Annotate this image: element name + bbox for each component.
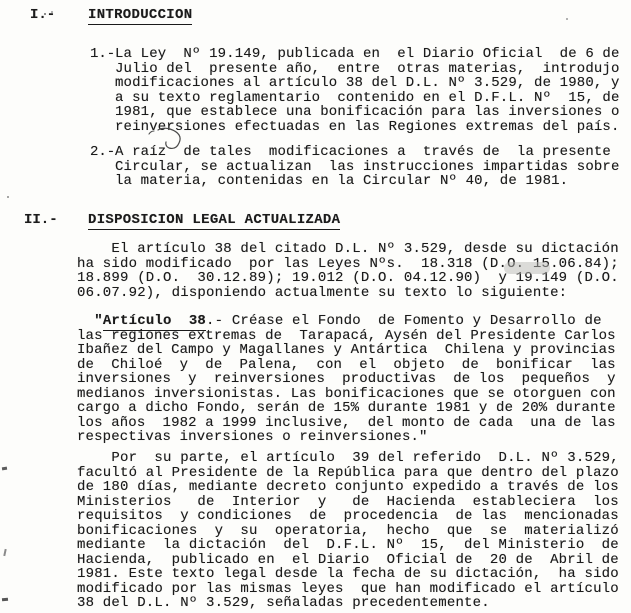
list-item-1-text: La Ley Nº 19.149, publicada en el Diario…: [115, 47, 620, 134]
text-line: 38 del D.L. Nº 3.529, señaladas preceden…: [77, 596, 631, 611]
text-line: respectivas inversiones o reinversiones.…: [77, 430, 631, 445]
text-line: La Ley Nº 19.149, publicada en el Diario…: [115, 47, 620, 62]
text-line: ha sido modificado por las Leyes Nºs. 18…: [77, 257, 631, 272]
text-line: 06.07.92), disponiendo actualmente su te…: [77, 286, 631, 301]
text-line: facultó al Presidente de la República pa…: [77, 466, 631, 481]
text-line: bonificaciones y su operatoria, hecho qu…: [77, 524, 631, 539]
text-line: los años 1982 a 1999 inclusive, del mont…: [77, 416, 631, 431]
quote-body: las regiones extremas de Tarapacá, Aysén…: [77, 329, 631, 445]
paragraph-2: Por su parte, el artículo 39 del referid…: [77, 451, 631, 611]
list-item-2: 2.- A raíz de tales modificaciones a tra…: [90, 145, 631, 189]
text-line: medianos inversionistas. Las bonificacio…: [77, 387, 631, 402]
text-line: las regiones extremas de Tarapacá, Aysén…: [77, 329, 631, 344]
text-line: mediante la dictación del D.F.L. Nº 15, …: [77, 538, 631, 553]
text-line: a su texto reglamentario contenido en el…: [115, 91, 620, 106]
scan-artifact-edge-mark: [2, 598, 8, 602]
quote-open-mark: ": [77, 313, 103, 329]
text-line: cargo a dicho Fondo, serán de 15% durant…: [77, 401, 631, 416]
quote-first-line-rest: .- Créase el Fondo de Fomento y Desarrol…: [206, 313, 602, 329]
quote-first-line: "Artículo 38.- Créase el Fondo de Foment…: [77, 314, 631, 329]
text-line: Ibañez del Campo y Magallanes y Antártic…: [77, 343, 631, 358]
text-line: requisitos y condiciones de procedencia …: [77, 509, 631, 524]
text-line: Por su parte, el artículo 39 del referid…: [77, 451, 631, 466]
document-page: I.- INTRODUCCION 1.- La Ley Nº 19.149, p…: [0, 0, 631, 613]
text-line: la materia, contenidas en la Circular Nº…: [115, 174, 620, 189]
scan-artifact-edge-mark: [2, 467, 7, 471]
text-line: A raíz de tales modificaciones a través …: [115, 145, 620, 160]
article-38-quote: "Artículo 38.- Créase el Fondo de Foment…: [77, 314, 631, 445]
text-line: modificado por las mismas leyes que han …: [77, 582, 631, 597]
text-line: El artículo 38 del citado D.L. Nº 3.529,…: [77, 242, 631, 257]
list-item-1-number: 1.-: [90, 47, 115, 134]
list-item-1: 1.- La Ley Nº 19.149, publicada en el Di…: [90, 47, 631, 134]
list-item-2-text: A raíz de tales modificaciones a través …: [115, 145, 620, 189]
text-line: Ministerios de Interior y de Hacienda es…: [77, 495, 631, 510]
text-line: 1981. Este texto legal desde la fecha de…: [77, 567, 631, 582]
text-line: modificaciones al artículo 38 del D.L. N…: [115, 76, 620, 91]
section-2-title: DISPOSICION LEGAL ACTUALIZADA: [88, 213, 340, 230]
section-1-heading: I.- INTRODUCCION: [30, 8, 631, 25]
text-line: de 180 días, mediante decreto conjunto e…: [77, 480, 631, 495]
scan-artifact-dot: [7, 196, 9, 198]
text-line: 18.899 (D.O. 30.12.89); 19.012 (D.O. 04.…: [77, 271, 631, 286]
scan-artifact-edge-mark: [3, 549, 6, 556]
text-line: inversiones y reinversiones productivas …: [77, 372, 631, 387]
section-2-number: II.-: [24, 213, 88, 228]
list-item-2-number: 2.-: [90, 145, 115, 189]
text-line: 1981, que establece una bonificación par…: [115, 105, 620, 120]
section-2-heading: II.- DISPOSICION LEGAL ACTUALIZADA: [24, 213, 631, 230]
section-1-title: INTRODUCCION: [88, 8, 192, 25]
text-line: Hacienda, publicado en el Diario Oficial…: [77, 553, 631, 568]
text-line: reinversiones efectuadas en las Regiones…: [115, 120, 620, 135]
section-1-number: I.-: [30, 8, 88, 23]
text-line: de Chiloé y de Palena, con el objeto de …: [77, 358, 631, 373]
paragraph-1: El artículo 38 del citado D.L. Nº 3.529,…: [77, 242, 631, 300]
text-line: Circular, se actualizan las instruccione…: [115, 160, 620, 175]
text-line: Julio del presente año, entre otras mate…: [115, 62, 620, 77]
